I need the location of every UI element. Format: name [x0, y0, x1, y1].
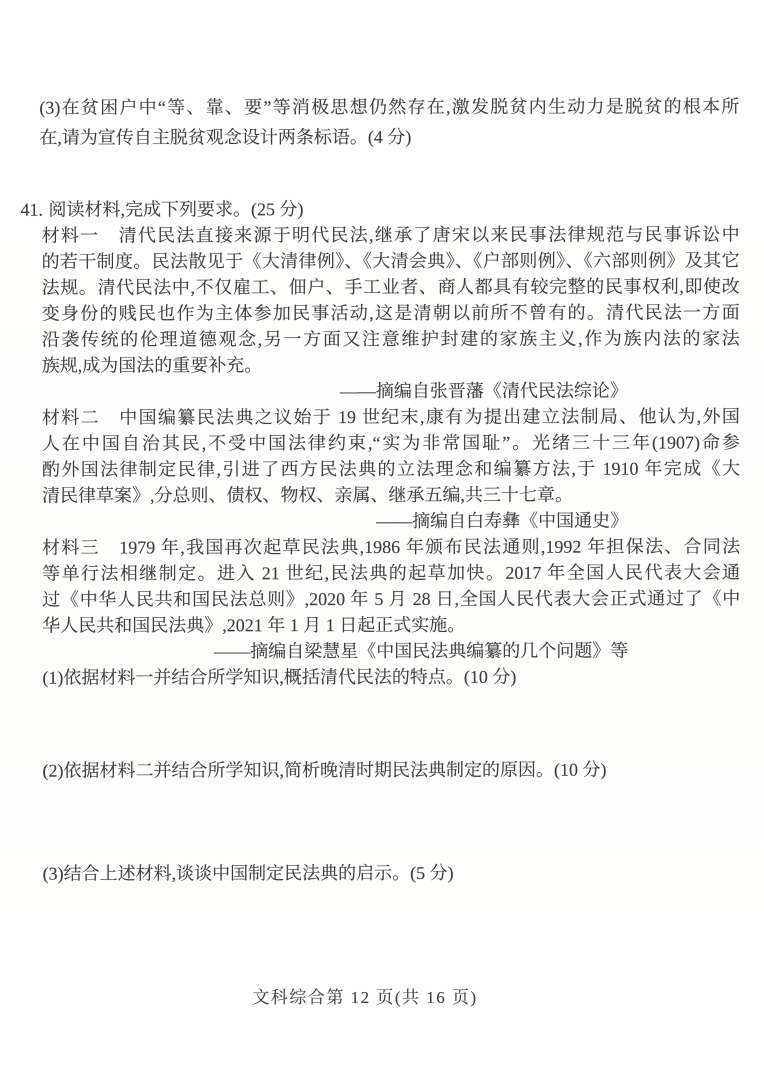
material-2-line: 清民律草案》,分总则、债权、物权、亲属、继承五编,共三十七章。 [42, 481, 740, 508]
material-3-paragraph: 材料三 1979 年,我国再次起草民法典,1986 年颁布民法通则,1992 年… [42, 533, 740, 664]
material-3-line: 材料三 1979 年,我国再次起草民法典,1986 年颁布民法通则,1992 年… [42, 533, 740, 560]
material-2-line: 人在中国自治其民,不受中国法律约束,“实为非常国耻”。光绪三十三年(1907)命… [42, 429, 740, 456]
material-1-line: 族规,成为国法的重要补充。 [42, 351, 740, 378]
material-3-line: 华人民共和国民法典》,2021 年 1 月 1 日起正式实施。 [42, 611, 740, 638]
previous-question-part3: (3)在贫困户中“等、靠、要”等消极思想仍然存在,激发脱贫内生动力是脱贫的根本所… [39, 91, 739, 152]
sub-question-1: (1)依据材料一并结合所学知识,概括清代民法的特点。(10 分) [42, 663, 740, 690]
question-intro: 阅读材料,完成下列要求。(25 分) [48, 195, 739, 222]
material-2-attribution: ——摘编自白寿彝《中国通史》 [42, 507, 740, 534]
question-number: 41. [20, 197, 43, 223]
scanned-exam-page: (3)在贫困户中“等、靠、要”等消极思想仍然存在,激发脱贫内生动力是脱贫的根本所… [0, 0, 764, 1080]
material-1-attribution: ——摘编自张晋藩《清代民法综论》 [42, 377, 740, 404]
question-text-line: 在,请为宣传自主脱贫观念设计两条标语。(4 分) [39, 121, 739, 152]
material-1-line: 材料一 清代民法直接来源于明代民法,继承了唐宋以来民事法律规范与民事诉讼中 [42, 221, 740, 248]
page-content: (3)在贫困户中“等、靠、要”等消极思想仍然存在,激发脱贫内生动力是脱贫的根本所… [0, 91, 764, 886]
sub-question-3: (3)结合上述材料,谈谈中国制定民法典的启示。(5 分) [43, 859, 741, 886]
sub-question-2: (2)依据材料二并结合所学知识,简析晚清时期民法典制定的原因。(10 分) [42, 756, 740, 783]
material-1-line: 沿袭传统的伦理道德观念,另一方面又注意维护封建的家族主义,作为族内法的家法 [42, 325, 740, 352]
material-2-line: 酌外国法律制定民律,引进了西方民法典的立法理念和编纂方法,于 1910 年完成《… [42, 455, 740, 482]
material-1-line: 的若干制度。民法散见于《大清律例》、《大清会典》、《户部则例》、《六部则例》及其… [42, 247, 740, 274]
question-text-line: (3)在贫困户中“等、靠、要”等消极思想仍然存在,激发脱贫内生动力是脱贫的根本所 [39, 91, 739, 122]
material-1-line: 法规。清代民法中,不仅雇工、佃户、手工业者、商人都具有较完整的民事权利,即使改 [42, 273, 740, 300]
material-2-line: 材料二 中国编纂民法典之议始于 19 世纪末,康有为提出建立法制局、他认为,外国 [42, 403, 740, 430]
material-3-line: 过《中华人民共和国民法总则》,2020 年 5 月 28 日,全国人民代表大会正… [42, 585, 740, 612]
question-41-header: 41. 阅读材料,完成下列要求。(25 分) [41, 195, 739, 222]
material-3-line: 等单行法相继制定。进入 21 世纪,民法典的起草加快。2017 年全国人民代表大… [42, 559, 740, 586]
material-3-attribution: ——摘编自梁慧星《中国民法典编纂的几个问题》等 [42, 637, 740, 664]
material-1-line: 变身份的贱民也作为主体参加民事活动,这是清朝以前所不曾有的。清代民法一方面 [42, 299, 740, 326]
material-2-paragraph: 材料二 中国编纂民法典之议始于 19 世纪末,康有为提出建立法制局、他认为,外国… [42, 403, 740, 534]
page-footer: 文科综合第 12 页(共 16 页) [0, 983, 730, 1008]
material-1-paragraph: 材料一 清代民法直接来源于明代民法,继承了唐宋以来民事法律规范与民事诉讼中 的若… [42, 221, 740, 404]
question-41: 41. 阅读材料,完成下列要求。(25 分) 材料一 清代民法直接来源于明代民法… [41, 195, 740, 886]
